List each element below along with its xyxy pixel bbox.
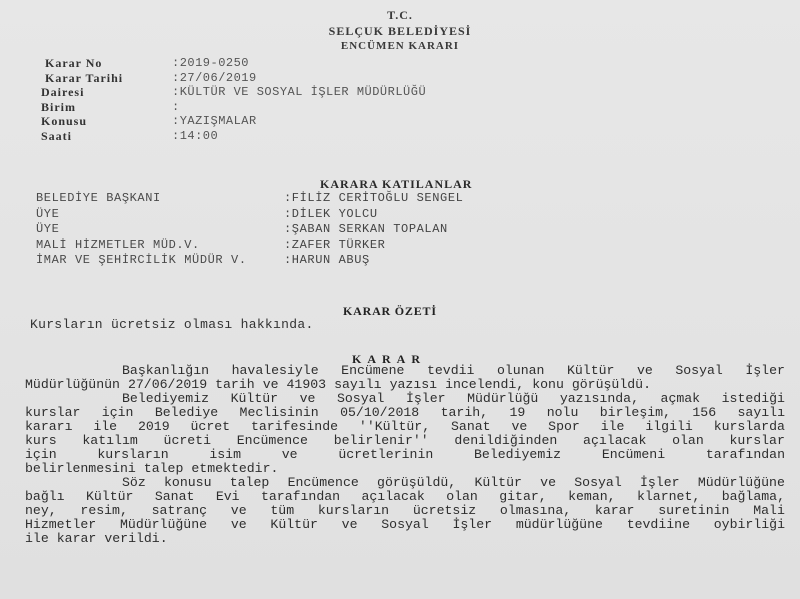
- decision-text-line: BelediyemizKültürveSosyalİşlerMüdürlüğüy…: [25, 392, 785, 406]
- meta-value: :14:00: [172, 129, 218, 144]
- participant-row: ÜYE :ŞABAN SERKAN TOPALAN: [36, 222, 463, 238]
- header-municipality: SELÇUK BELEDİYESİ: [280, 24, 520, 39]
- decision-body: BaşkanlığınhavalesiyleEncümenetevdiiolun…: [25, 364, 785, 546]
- meta-row-karar-tarihi: Karar Tarihi :27/06/2019: [45, 71, 426, 86]
- meta-label: Dairesi: [41, 85, 172, 100]
- meta-value: :2019-0250: [172, 56, 249, 71]
- decision-text-line: HizmetlerMüdürlüğüneveKültürveSosyalİşle…: [25, 518, 785, 532]
- decision-text-line: BaşkanlığınhavalesiyleEncümenetevdiiolun…: [25, 364, 785, 378]
- summary-title: KARAR ÖZETİ: [343, 304, 437, 319]
- meta-label: Saati: [41, 129, 172, 144]
- meta-row-konusu: Konusu :YAZIŞMALAR: [45, 114, 426, 129]
- meta-label: Konusu: [41, 114, 172, 129]
- decision-text-line: kurskatılımücretiEncümencebelirlenir''de…: [25, 434, 785, 448]
- participant-role: MALİ HİZMETLER MÜD.V.: [36, 238, 284, 254]
- meta-label: Karar No: [45, 56, 172, 71]
- header-doc-type: ENCÜMEN KARARI: [280, 40, 520, 52]
- participant-role: ÜYE: [36, 207, 284, 223]
- meta-value: :27/06/2019: [172, 71, 257, 86]
- decision-text-line: kararıile2019ücrettarifesinde''Kültür,Sa…: [25, 420, 785, 434]
- decision-text-line: belirlenmesinitalepetmektedir.: [25, 462, 785, 476]
- participant-role: İMAR VE ŞEHİRCİLİK MÜDÜR V.: [36, 253, 284, 269]
- participants-title: KARARA KATILANLAR: [320, 177, 472, 192]
- participant-name: :ZAFER TÜRKER: [284, 238, 385, 254]
- participant-row: BELEDİYE BAŞKANI :FİLİZ CERİTOĞLU SENGEL: [36, 191, 463, 207]
- participant-name: :ŞABAN SERKAN TOPALAN: [284, 222, 448, 238]
- meta-value: :: [172, 100, 180, 115]
- participant-row: İMAR VE ŞEHİRCİLİK MÜDÜR V. :HARUN ABUŞ: [36, 253, 463, 269]
- participant-name: :FİLİZ CERİTOĞLU SENGEL: [284, 191, 463, 207]
- header-tc: T.C.: [280, 8, 520, 23]
- participant-name: :HARUN ABUŞ: [284, 253, 370, 269]
- meta-value: :KÜLTÜR VE SOSYAL İŞLER MÜDÜRLÜĞÜ: [172, 85, 426, 100]
- participant-name: :DİLEK YOLCU: [284, 207, 378, 223]
- decision-text-line: SözkonusutalepEncümencegörüşüldü,Kültürv…: [25, 476, 785, 490]
- decision-text-line: Müdürlüğünün27/06/2019tarihve41903sayılı…: [25, 378, 785, 392]
- participant-row: ÜYE :DİLEK YOLCU: [36, 207, 463, 223]
- decision-text-line: kurslariçinBelediyeMeclisinin05/10/2018t…: [25, 406, 785, 420]
- decision-text-line: ilekararverildi.: [25, 532, 785, 546]
- participant-role: BELEDİYE BAŞKANI: [36, 191, 284, 207]
- participant-role: ÜYE: [36, 222, 284, 238]
- decision-text-line: içinkurslarınisimveücretlerininBelediyem…: [25, 448, 785, 462]
- decision-text-line: ney,resim,satrançvetümkurslarınücretsizo…: [25, 504, 785, 518]
- decision-text-line: bağlıKültürSanatEvitarafındanaçılacakola…: [25, 490, 785, 504]
- decision-metadata: Karar No :2019-0250 Karar Tarihi :27/06/…: [45, 56, 426, 143]
- meta-row-dairesi: Dairesi :KÜLTÜR VE SOSYAL İŞLER MÜDÜRLÜĞ…: [45, 85, 426, 100]
- meta-label: Karar Tarihi: [45, 71, 172, 86]
- meta-row-karar-no: Karar No :2019-0250: [45, 56, 426, 71]
- summary-text: Kursların ücretsiz olması hakkında.: [30, 317, 314, 332]
- meta-value: :YAZIŞMALAR: [172, 114, 257, 129]
- meta-row-birim: Birim :: [45, 100, 426, 115]
- participants-list: BELEDİYE BAŞKANI :FİLİZ CERİTOĞLU SENGEL…: [36, 191, 463, 269]
- participant-row: MALİ HİZMETLER MÜD.V. :ZAFER TÜRKER: [36, 238, 463, 254]
- meta-label: Birim: [41, 100, 172, 115]
- scanned-document-page: T.C. SELÇUK BELEDİYESİ ENCÜMEN KARARI Ka…: [0, 0, 800, 599]
- meta-row-saati: Saati :14:00: [45, 129, 426, 144]
